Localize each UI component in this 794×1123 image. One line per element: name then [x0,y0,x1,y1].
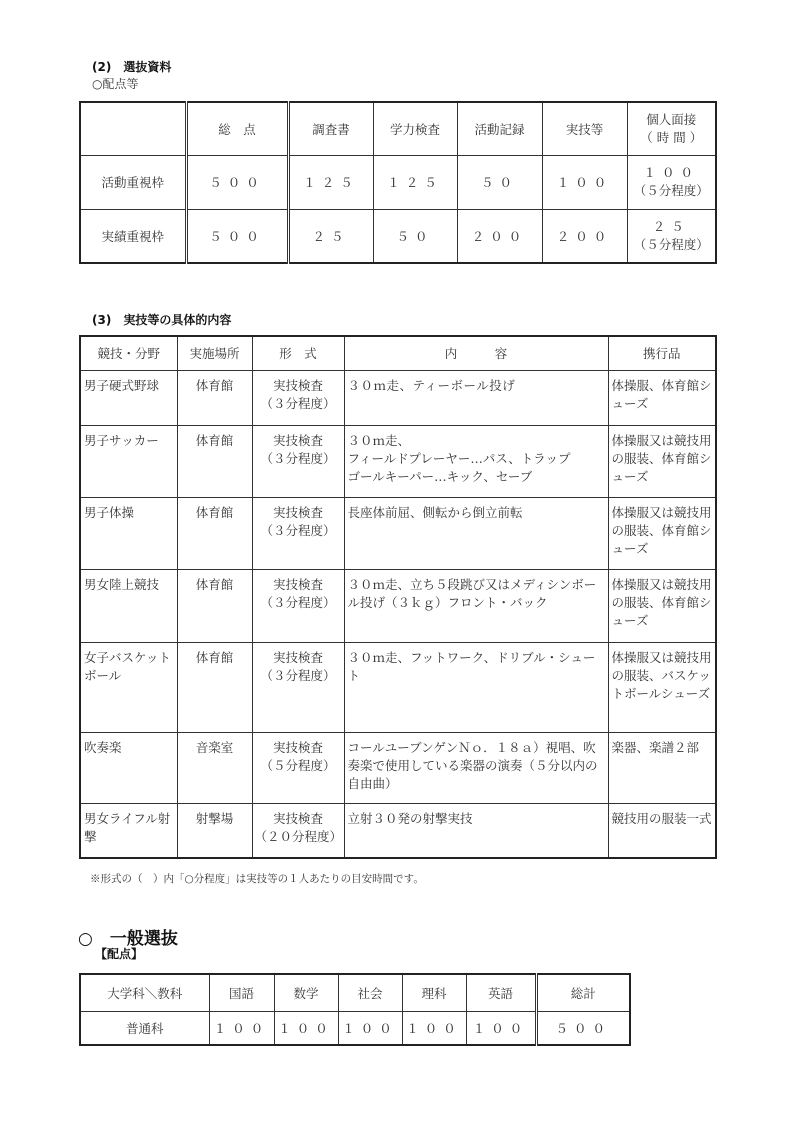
row-label: 実績重視枠 [80,209,186,263]
cell-content: コールユーブンゲンＮｏ．１８ａ）視唱、吹奏楽で使用している楽器の演奏（５分以内の… [344,732,608,803]
cell-chosa: １２５ [288,155,373,209]
general-score-table: 大学科＼教科 国語 数学 社会 理科 英語 総計 普通科 １００ １００ １００… [79,973,631,1046]
header-shakai: 社会 [338,974,402,1011]
cell-mensetsu: ２５ （５分程度） [627,209,716,263]
header-content: 内 容 [344,336,608,370]
format-type: 実技検査 [255,576,342,594]
format-type: 実技検査 [255,432,342,450]
cell-place: 体育館 [177,642,252,732]
cell-event: 吹奏楽 [80,732,177,803]
table-row: 男子体操 体育館 実技検査（３分程度） 長座体前屈、側転から倒立前転 体操服又は… [80,497,716,569]
header-katsudo: 活動記録 [457,102,542,155]
header-chosa: 調査書 [288,102,373,155]
format-duration: （３分程度） [255,594,342,612]
cell-format: 実技検査（３分程度） [252,425,344,497]
header-rika: 理科 [402,974,466,1011]
cell-total: ５００ [186,155,288,209]
cell-mensetsu-time: （５分程度） [628,182,716,200]
cell-items: 体操服、体育館シューズ [608,370,716,425]
cell-total: ５００ [186,209,288,263]
cell-format: 実技検査（３分程度） [252,370,344,425]
table-row: 女子バスケットボール 体育館 実技検査（３分程度） ３０ｍ走、フットワーク、ドリ… [80,642,716,732]
header-items: 携行品 [608,336,716,370]
header-mensetsu: 個人面接 （ 時 間 ） [627,102,716,155]
format-duration: （３分程度） [255,522,342,540]
cell-gakuryoku: ５０ [373,209,457,263]
cell-sugaku: １００ [274,1011,338,1045]
header-format: 形 式 [252,336,344,370]
cell-shakai: １００ [338,1011,402,1045]
cell-items: 体操服又は競技用の服装、体育館シューズ [608,425,716,497]
cell-eigo: １００ [466,1011,536,1045]
format-type: 実技検査 [255,649,342,667]
cell-place: 体育館 [177,497,252,569]
format-duration: （３分程度） [255,450,342,468]
format-type: 実技検査 [255,810,342,828]
cell-content: ３０ｍ走、フットワーク、ドリブル・シュート [344,642,608,732]
format-duration: （３分程度） [255,395,342,413]
cell-mensetsu-score: ２５ [628,218,716,236]
cell-format: 実技検査（３分程度） [252,497,344,569]
header-mensetsu-label: 個人面接 [628,111,716,129]
header-eigo: 英語 [466,974,536,1011]
cell-content: ３０ｍ走、ティーボール投げ [344,370,608,425]
row-label: 活動重視枠 [80,155,186,209]
format-type: 実技検査 [255,377,342,395]
cell-gakuryoku: １２５ [373,155,457,209]
section-3-heading: (3) 実技等の具体的内容 [92,311,231,328]
cell-items: 体操服又は競技用の服装、体育館シューズ [608,569,716,642]
cell-content: ３０ｍ走、立ち５段跳び又はメディシンボール投げ（３ｋｇ）フロント・バック [344,569,608,642]
table-row: 普通科 １００ １００ １００ １００ １００ ５００ [80,1011,630,1045]
header-blank [80,102,186,155]
header-dept: 大学科＼教科 [80,974,209,1011]
cell-event: 男子体操 [80,497,177,569]
cell-jitsugi: １００ [542,155,627,209]
section-2-subheading: ○配点等 [92,75,138,92]
cell-content: 立射３０発の射撃実技 [344,803,608,858]
cell-event: 女子バスケットボール [80,642,177,732]
format-type: 実技検査 [255,504,342,522]
cell-event: 男子硬式野球 [80,370,177,425]
header-sugaku: 数学 [274,974,338,1011]
header-total: 総計 [536,974,630,1011]
practical-test-table: 競技・分野 実施場所 形 式 内 容 携行品 男子硬式野球 体育館 実技検査（３… [79,335,717,859]
cell-items: 体操服又は競技用の服装、バスケットボールシューズ [608,642,716,732]
general-selection-subheading: 【配点】 [95,945,143,962]
cell-mensetsu: １００ （５分程度） [627,155,716,209]
table-row: 男女ライフル射撃 射撃場 実技検査（２０分程度） 立射３０発の射撃実技 競技用の… [80,803,716,858]
cell-place: 体育館 [177,370,252,425]
header-place: 実施場所 [177,336,252,370]
cell-katsudo: ５０ [457,155,542,209]
cell-katsudo: ２００ [457,209,542,263]
cell-format: 実技検査（３分程度） [252,642,344,732]
header-event: 競技・分野 [80,336,177,370]
cell-kokugo: １００ [209,1011,274,1045]
cell-place: 音楽室 [177,732,252,803]
cell-items: 体操服又は競技用の服装、体育館シューズ [608,497,716,569]
table-row: 実績重視枠 ５００ ２５ ５０ ２００ ２００ ２５ （５分程度） [80,209,716,263]
cell-mensetsu-score: １００ [628,164,716,182]
format-duration: （５分程度） [255,757,342,775]
cell-content: 長座体前屈、側転から倒立前転 [344,497,608,569]
cell-chosa: ２５ [288,209,373,263]
cell-place: 射撃場 [177,803,252,858]
section-2-heading: (2) 選抜資料 [92,58,171,75]
cell-place: 体育館 [177,569,252,642]
cell-format: 実技検査（２０分程度） [252,803,344,858]
format-duration: （２０分程度） [255,828,342,846]
table-row: 男子サッカー 体育館 実技検査（３分程度） ３０ｍ走、 フィールドプレーヤー…パ… [80,425,716,497]
cell-mensetsu-time: （５分程度） [628,236,716,254]
score-allocation-table: 総 点 調査書 学力検査 活動記録 実技等 個人面接 （ 時 間 ） 活動重視枠… [79,101,717,264]
cell-place: 体育館 [177,425,252,497]
header-mensetsu-time: （ 時 間 ） [628,129,716,147]
table-row: 吹奏楽 音楽室 実技検査（５分程度） コールユーブンゲンＮｏ．１８ａ）視唱、吹奏… [80,732,716,803]
cell-dept: 普通科 [80,1011,209,1045]
table-row: 男子硬式野球 体育館 実技検査（３分程度） ３０ｍ走、ティーボール投げ 体操服、… [80,370,716,425]
header-gakuryoku: 学力検査 [373,102,457,155]
table-row: 活動重視枠 ５００ １２５ １２５ ５０ １００ １００ （５分程度） [80,155,716,209]
cell-event: 男女陸上競技 [80,569,177,642]
format-duration: （３分程度） [255,667,342,685]
format-type: 実技検査 [255,739,342,757]
format-footnote: ※形式の（ ）内「○分程度」は実技等の１人あたりの目安時間です。 [90,871,424,886]
cell-items: 競技用の服装一式 [608,803,716,858]
header-total: 総 点 [186,102,288,155]
cell-event: 男子サッカー [80,425,177,497]
cell-jitsugi: ２００ [542,209,627,263]
cell-format: 実技検査（３分程度） [252,569,344,642]
cell-rika: １００ [402,1011,466,1045]
cell-format: 実技検査（５分程度） [252,732,344,803]
header-kokugo: 国語 [209,974,274,1011]
cell-event: 男女ライフル射撃 [80,803,177,858]
cell-items: 楽器、楽譜２部 [608,732,716,803]
table-row: 男女陸上競技 体育館 実技検査（３分程度） ３０ｍ走、立ち５段跳び又はメディシン… [80,569,716,642]
header-jitsugi: 実技等 [542,102,627,155]
cell-content: ３０ｍ走、 フィールドプレーヤー…パス、トラップ ゴールキーパー…キック、セーブ [344,425,608,497]
cell-total: ５００ [536,1011,630,1045]
